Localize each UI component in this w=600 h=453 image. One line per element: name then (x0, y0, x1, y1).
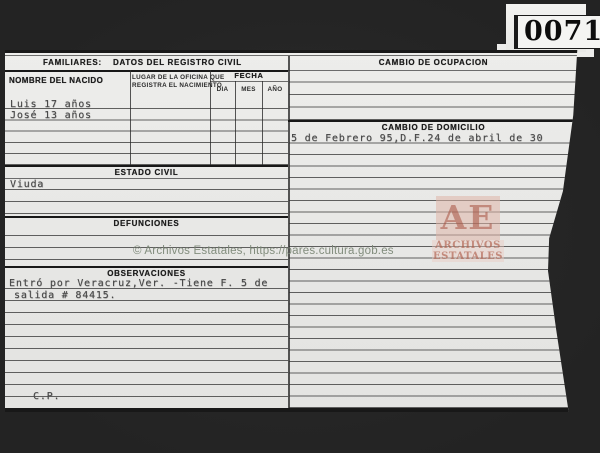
rule-heavy (5, 165, 288, 167)
domicilio-rules (289, 132, 579, 408)
estado-civil-rules (5, 178, 288, 214)
section-title-registro-civil: DATOS DEL REGISTRO CIVIL (113, 58, 242, 67)
table-row-nombre-2: José 13 años (10, 110, 92, 121)
registry-card: FAMILIARES: DATOS DEL REGISTRO CIVIL CAM… (5, 50, 579, 412)
ocupacion-rules (289, 70, 579, 120)
archive-logo-word-2: ESTATALES (432, 251, 504, 262)
observaciones-line-2: salida # 84415. (14, 290, 116, 301)
observaciones-line-1: Entró por Veracruz,Ver. -Tiene F. 5 de (9, 278, 268, 289)
footer-code: C.P. (33, 391, 60, 402)
domicilio-value: 5 de Febrero 95,D.F.24 de abril de 30 (291, 133, 543, 144)
column-header-nombre: NOMBRE DEL NACIDO (9, 76, 103, 85)
card-bottom-edge (5, 408, 579, 412)
archive-logo-word-1: ARCHIVOS (432, 240, 504, 251)
rule-heavy (5, 266, 288, 268)
column-header-fecha: FECHA (210, 71, 288, 80)
column-header-ano: AÑO (262, 86, 288, 93)
estado-civil-value: Viuda (10, 179, 44, 190)
column-header-dia: DIA (210, 86, 235, 93)
archive-logo-caption: ARCHIVOS ESTATALES (432, 240, 504, 262)
section-title-estado-civil: ESTADO CIVIL (5, 168, 288, 177)
section-title-cambio-ocupacion: CAMBIO DE OCUPACION (288, 58, 579, 67)
column-header-mes: MES (235, 86, 262, 93)
column-header-lugar-2: REGISTRA EL NACIMIENTO (132, 82, 209, 89)
rule (5, 178, 288, 179)
section-title-cambio-domicilio: CAMBIO DE DOMICILIO (288, 123, 579, 132)
table-row-nombre-1: Luis 17 años (10, 99, 92, 110)
archive-logo-initials: AE (441, 198, 496, 237)
archive-logo-watermark: AE (436, 196, 500, 240)
card-top-edge (5, 50, 579, 53)
index-tab: 0071 (506, 4, 586, 52)
column-header-lugar-1: LUGAR DE LA OFICINA QUE (132, 74, 209, 81)
rule-heavy (5, 216, 288, 218)
section-title-familiares: FAMILIARES: (43, 58, 102, 67)
archive-copyright-watermark: © Archivos Estatales, https://pares.cult… (133, 245, 394, 257)
scanner-background: 0071 FAMILIARES: DATOS DEL REGISTRO CIVI… (0, 0, 600, 453)
page-number: 0071 (514, 15, 600, 49)
rule (5, 55, 579, 56)
